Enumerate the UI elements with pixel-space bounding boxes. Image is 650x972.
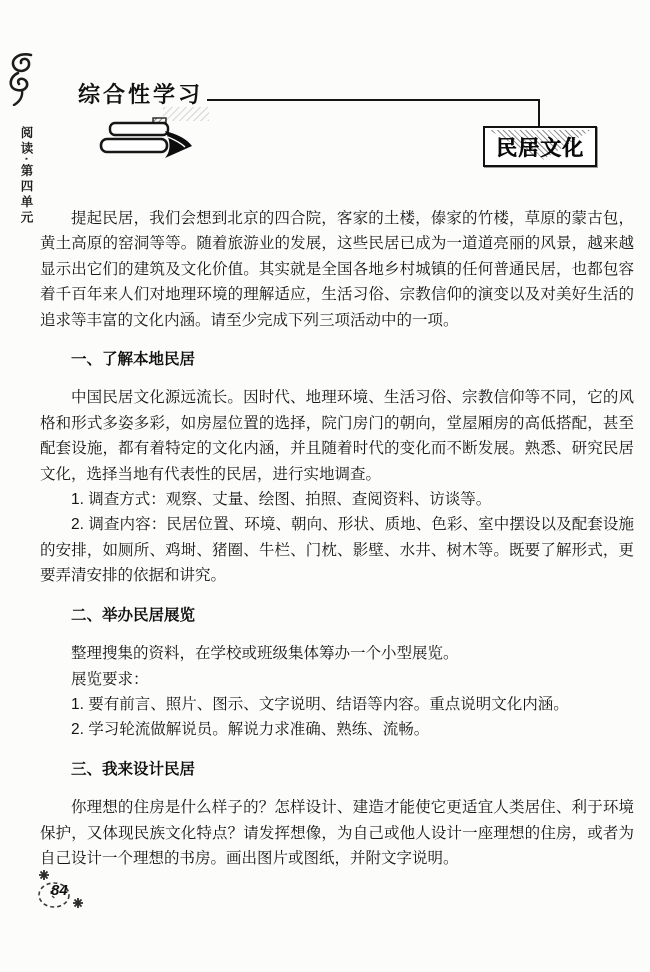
page-number: 84 [51, 882, 68, 899]
section-2-heading: 二、举办民居展览 [40, 603, 634, 628]
section-2-item-1: 1. 要有前言、照片、图示、文字说明、结语等内容。重点说明文化内涵。 [40, 692, 634, 717]
page-content: 提起民居，我们会想到北京的四合院，客家的土楼，傣家的竹楼，草原的蒙古包，黄土高原… [40, 206, 634, 871]
title-box: 民居文化 [483, 126, 597, 167]
section-3-paragraph: 你理想的住房是什么样子的？怎样设计、建造才能使它更适宜人类居住、利于环境保护，又… [40, 795, 634, 871]
section-2-paragraph: 整理搜集的资料，在学校或班级集体筹办一个小型展览。 [40, 641, 634, 666]
section-label: 综合性学习 [78, 78, 203, 109]
header-rule-horizontal [207, 99, 540, 101]
header-rule-vertical [538, 99, 540, 128]
section-3-heading: 三、我来设计民居 [40, 757, 634, 782]
section-1-item-1: 1. 调查方式：观察、丈量、绘图、拍照、查阅资料、访谈等。 [40, 487, 634, 512]
floral-scroll-ornament-icon [5, 50, 43, 111]
section-1-heading: 一、了解本地民居 [40, 347, 634, 372]
textbook-page: 阅读·第四单元 综合性学习 民居文化 提起民居，我们会 [0, 0, 650, 972]
section-2-item-2: 2. 学习轮流做解说员。解说力求准确、熟练、流畅。 [40, 717, 634, 742]
page-title: 民居文化 [485, 128, 595, 165]
margin-unit-label: 阅读·第四单元 [17, 126, 35, 226]
intro-paragraph: 提起民居，我们会想到北京的四合院，客家的土楼，傣家的竹楼，草原的蒙古包，黄土高原… [40, 206, 634, 333]
stacked-books-arrow-icon [95, 106, 213, 173]
section-1-item-2: 2. 调查内容：民居位置、环境、朝向、形状、质地、色彩、室中摆设以及配套设施的安… [40, 512, 634, 588]
section-2-subtitle: 展览要求： [40, 667, 634, 692]
section-1-paragraph: 中国民居文化源远流长。因时代、地理环境、生活习俗、宗教信仰等不同，它的风格和形式… [40, 385, 634, 487]
